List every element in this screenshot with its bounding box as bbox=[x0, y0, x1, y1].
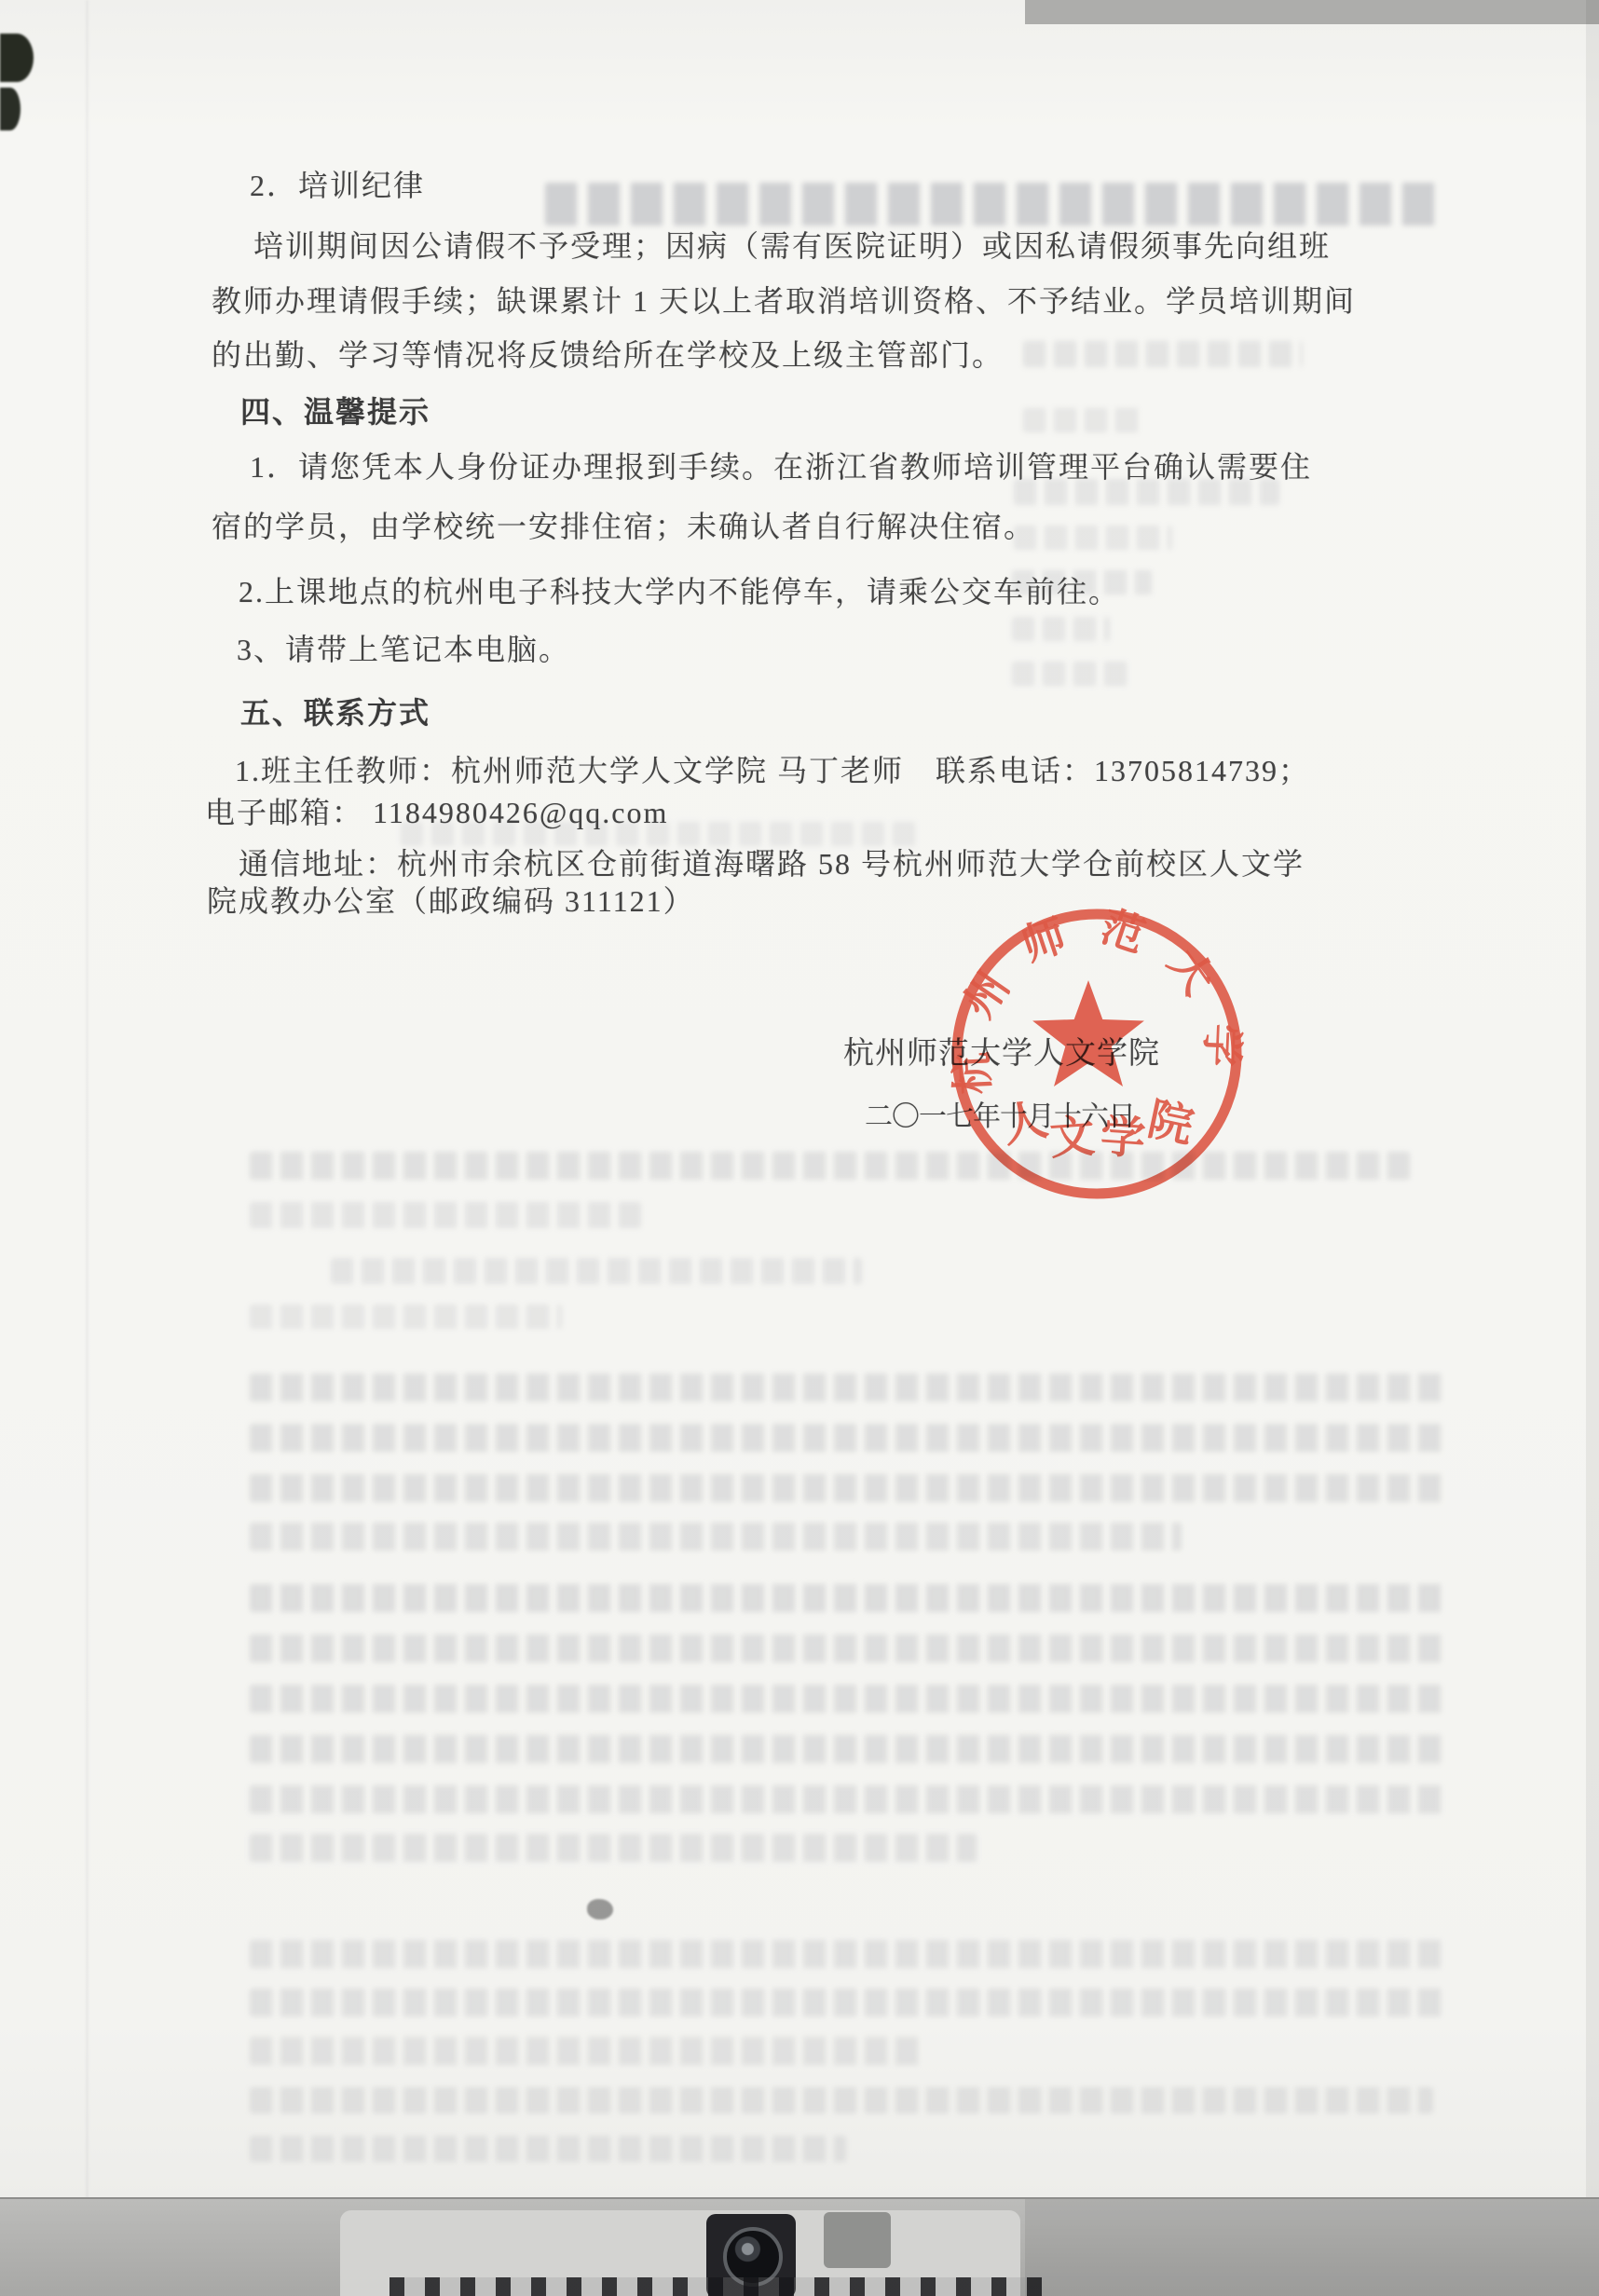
scanner-edge-strip bbox=[1025, 0, 1599, 24]
bleed-through-line bbox=[331, 1258, 862, 1284]
bleed-through-line bbox=[250, 1305, 562, 1329]
tip-line: 1．请您凭本人身份证办理报到手续。在浙江省教师培训管理平台确认需要住 bbox=[250, 452, 1312, 482]
address-line: 院成教办公室（邮政编码 311121） bbox=[207, 886, 695, 916]
bleed-through-line bbox=[250, 1634, 1447, 1662]
bleed-through-line bbox=[250, 1584, 1447, 1612]
contact-email-line: 电子邮箱： 1184980426@qq.com bbox=[205, 798, 668, 827]
discipline-line: 的出勤、学习等情况将反馈给所在学校及上级主管部门。 bbox=[212, 340, 1004, 370]
bleed-through-line bbox=[250, 1523, 1182, 1551]
bleed-through-line bbox=[250, 2087, 1433, 2113]
bleed-through-line bbox=[1014, 526, 1172, 550]
discipline-line: 培训期间因公请假不予受理；因病（需有医院证明）或因私请假须事先向组班 bbox=[253, 231, 1331, 261]
scanner-bed-shadow bbox=[1025, 2199, 1599, 2296]
bleed-through-line bbox=[250, 1373, 1447, 1401]
tips-heading: 四、温馨提示 bbox=[240, 397, 430, 427]
seal-bottom-char: 文 bbox=[1048, 1112, 1097, 1164]
seal-bottom-char: 学 bbox=[1099, 1112, 1147, 1164]
bleed-through-line bbox=[250, 1202, 641, 1228]
ink-smudge bbox=[587, 1899, 613, 1920]
bleed-through-line bbox=[1023, 408, 1144, 432]
paper-sheet bbox=[0, 0, 1599, 2199]
bleed-through-line bbox=[250, 1834, 977, 1862]
discipline-line: 教师办理请假手续；缺课累计 1 天以上者取消培训资格、不予结业。学员培训期间 bbox=[212, 286, 1356, 316]
official-seal-stamp: 杭州师范大学 人 文 学 院 bbox=[929, 886, 1264, 1222]
bleed-through-line bbox=[250, 1424, 1447, 1452]
tip-line: 3、请带上笔记本电脑。 bbox=[237, 635, 570, 664]
bleed-through-line bbox=[250, 1785, 1447, 1813]
tip-line: 宿的学员，由学校统一安排住宿；未确认者自行解决住宿。 bbox=[212, 512, 1035, 541]
address-line: 通信地址：杭州市余杭区仓前街道海曙路 58 号杭州师范大学仓前校区人文学 bbox=[239, 849, 1305, 879]
bleed-through-line bbox=[250, 1988, 1447, 2016]
film-strip-pattern bbox=[389, 2277, 1042, 2296]
bleed-through-line bbox=[1012, 662, 1128, 686]
tip-line: 2.上课地点的杭州电子科技大学内不能停车，请乘公交车前往。 bbox=[239, 577, 1120, 607]
bleed-through-line bbox=[250, 1474, 1447, 1502]
bleed-through-line bbox=[1012, 617, 1110, 641]
bleed-through-line bbox=[250, 1735, 1447, 1763]
paper-fold-line bbox=[86, 0, 89, 2199]
contact-line: 1.班主任教师：杭州师范大学人文学院 马丁老师 联系电话：13705814739… bbox=[235, 756, 1310, 786]
seal-star-icon bbox=[1032, 980, 1144, 1086]
bleed-through-line bbox=[250, 2136, 846, 2162]
discipline-heading: 2．培训纪律 bbox=[250, 171, 425, 200]
seal-bottom-char: 人 bbox=[998, 1095, 1052, 1153]
seal-bottom-char: 院 bbox=[1143, 1095, 1197, 1153]
contact-heading: 五、联系方式 bbox=[240, 698, 430, 728]
bleed-through-line bbox=[1023, 341, 1303, 367]
scanned-training-notice-page: { "doc": { "discipline_heading": "2．培训纪律… bbox=[0, 0, 1599, 2296]
bleed-through-title bbox=[545, 183, 1440, 225]
bleed-through-line bbox=[250, 2037, 921, 2065]
scan-edge-shadow bbox=[1586, 0, 1599, 2199]
scan-artifact-blob bbox=[0, 34, 34, 82]
bleed-through-line bbox=[250, 1685, 1447, 1713]
scanner-bed bbox=[0, 2197, 1599, 2296]
bleed-through-line bbox=[250, 1940, 1447, 1968]
scanner-device-block bbox=[824, 2212, 891, 2268]
scan-artifact-blob bbox=[0, 88, 20, 130]
